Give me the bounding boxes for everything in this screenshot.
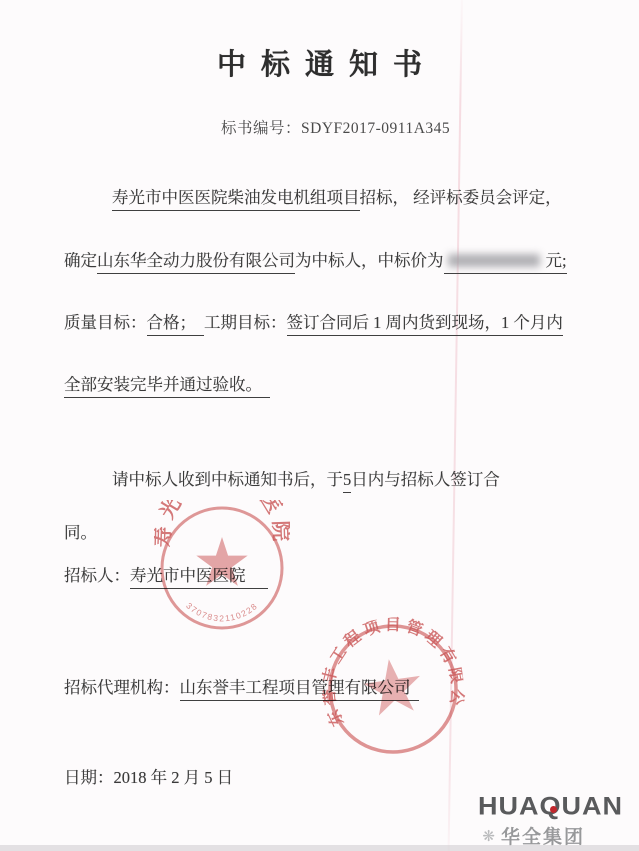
hospital-seal-code: 3707832110228 <box>184 601 260 624</box>
svg-text:寿光市中医医院: 寿光市中医医院 <box>154 500 290 548</box>
quality-value: 合格； <box>147 313 205 336</box>
paragraph1-line2: 确定山东华全动力股份有限公司为中标人，中标价为元; <box>64 249 567 273</box>
bidder-line: 招标人：寿光市中医医院 <box>64 564 268 588</box>
snowflake-icon: ❋ <box>482 827 495 845</box>
hospital-seal-text: 寿光市中医医院 <box>154 500 290 548</box>
paragraph2-line1: 请中标人收到中标通知书后，于5日内与招标人签订合 <box>64 468 500 492</box>
days-value: 5 <box>343 470 351 493</box>
bid-number-line: 标书编号：SDYF2017-0911A345 <box>221 116 450 138</box>
price-group: 元; <box>444 251 567 274</box>
schedule-value: 签订合同后 1 周内货到现场，1 个月内 <box>287 313 563 336</box>
svg-text:3707832110228: 3707832110228 <box>184 601 260 624</box>
agency-seal-text: 山东誉丰工程项目管理有限公司 <box>313 609 471 731</box>
paragraph1-line4: 全部安装完毕并通过验收。 <box>64 373 270 397</box>
date-line: 日期：2018 年 2 月 5 日 <box>64 766 233 790</box>
quality-label: 质量目标： <box>64 313 147 332</box>
schedule-value-cont: 全部安装完毕并通过验收。 <box>64 375 270 398</box>
agency-label: 招标代理机构： <box>64 678 180 697</box>
bid-number-label: 标书编号： <box>221 120 301 137</box>
page-title: 中标通知书 <box>0 42 639 83</box>
schedule-label: 工期目标： <box>204 313 287 332</box>
paragraph1-line1-rest: 招标， 经评标委员会评定， <box>360 188 562 207</box>
notice-end: 同。 <box>64 523 97 542</box>
winner-name: 山东华全动力股份有限公司 <box>97 251 295 274</box>
paragraph1-line3: 质量目标：合格；工期目标：签订合同后 1 周内货到现场，1 个月内 <box>64 311 563 335</box>
svg-text:山东誉丰工程项目管理有限公司: 山东誉丰工程项目管理有限公司 <box>313 609 471 731</box>
scanned-document-page: 中标通知书 标书编号：SDYF2017-0911A345 寿光市中医医院柴油发电… <box>0 0 639 851</box>
bidder-label: 招标人： <box>64 566 130 585</box>
line2-middle: 为中标人，中标价为 <box>295 251 444 270</box>
redacted-price <box>448 254 540 267</box>
project-name: 寿光市中医医院柴油发电机组项目 <box>112 188 360 211</box>
paragraph2-line2: 同。 <box>64 521 97 545</box>
agency-line: 招标代理机构：山东誉丰工程项目管理有限公司 <box>64 676 419 700</box>
notice-suffix: 日内与招标人签订合 <box>351 470 500 489</box>
line2-prefix: 确定 <box>64 251 97 270</box>
logo-red-dot <box>550 806 557 813</box>
price-unit: 元; <box>546 251 567 270</box>
paragraph1-line1: 寿光市中医医院柴油发电机组项目招标， 经评标委员会评定， <box>64 186 562 210</box>
bidder-name: 寿光市中医医院 <box>130 566 268 589</box>
scan-bottom-edge <box>0 845 639 851</box>
notice-prefix: 请中标人收到中标通知书后，于 <box>112 470 343 489</box>
brand-footer: HUAQUAN ❋ 华全集团 <box>423 791 623 849</box>
bid-number-value: SDYF2017-0911A345 <box>301 120 450 137</box>
huaquan-logo: HUAQUAN <box>478 791 623 822</box>
agency-name: 山东誉丰工程项目管理有限公司 <box>180 678 419 701</box>
